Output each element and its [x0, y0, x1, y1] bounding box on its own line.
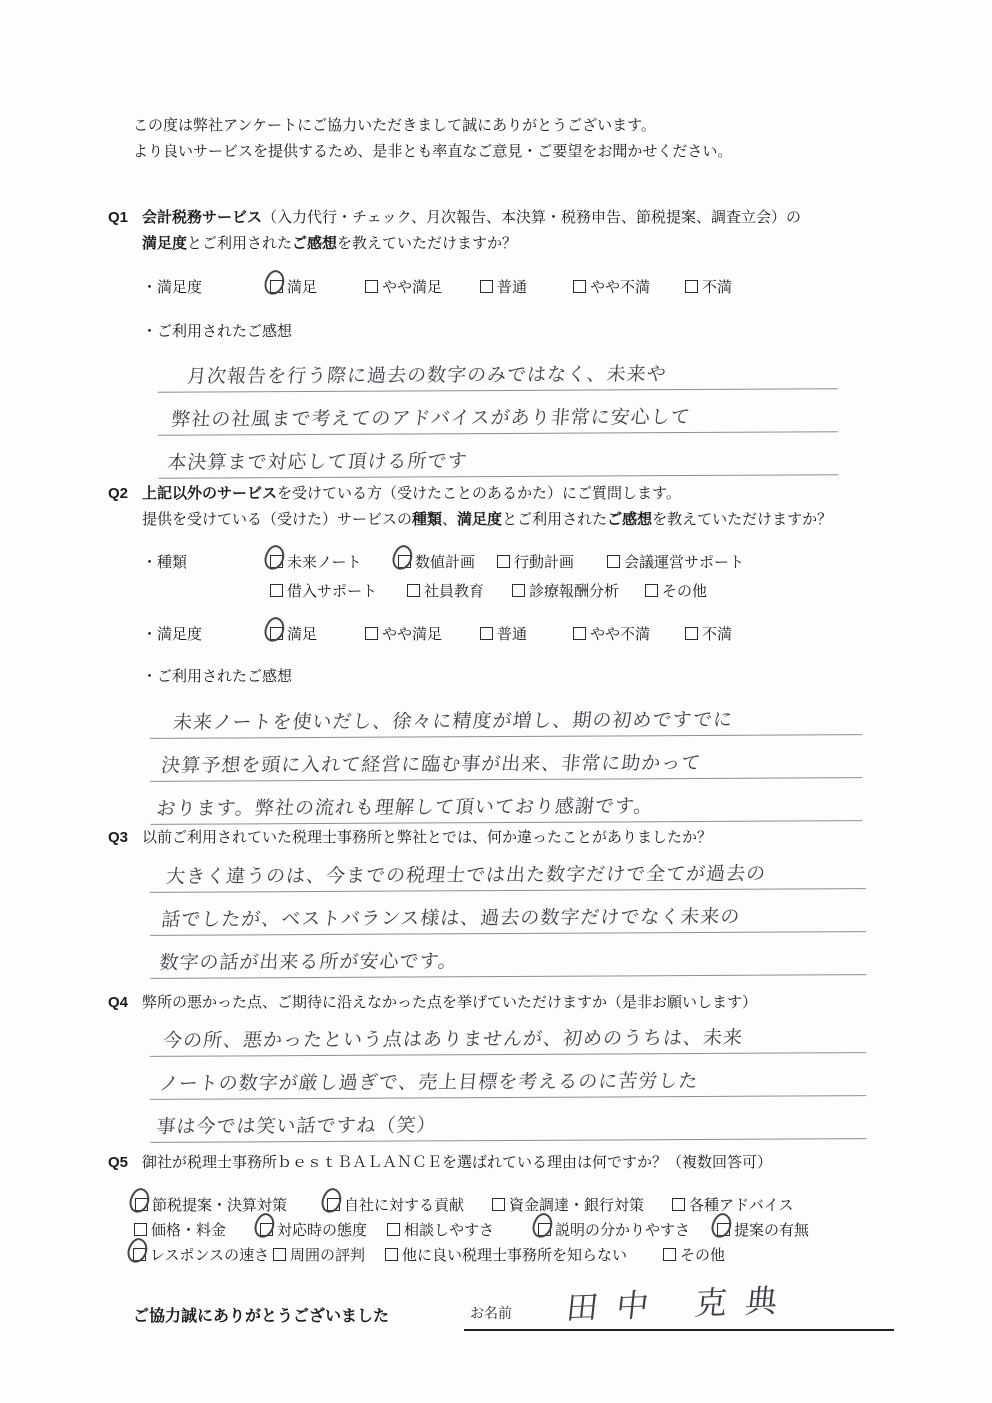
option-label: 資金調達・銀行対策 [509, 1194, 644, 1215]
q1-answer-area: 月次報告を行う際に過去の数字のみではなく、未来や 弊社の社風まで考えてのアドバイ… [158, 346, 839, 479]
q3-title: Q3以前ご利用されていた税理士事務所と弊社とでは、何か違ったことがありましたか？ [108, 826, 712, 847]
q4-title: Q4弊所の悪かった点、ご期待に沿えなかった点を挙げていただけますか（是非お願いし… [108, 991, 757, 1012]
q2-title2-bold3: ご感想 [607, 511, 652, 528]
handwritten-answer-line: 事は今では笑い話ですね（笑） [155, 1110, 438, 1138]
checkbox-icon [398, 555, 411, 568]
q2-title-rest: を受けている方（受けたことのあるかた）にご質問します。 [277, 485, 681, 502]
q2-title2-rest1: 提供を受けている（受けた）サービスの [142, 511, 412, 528]
option-label: 対応時の態度 [277, 1219, 367, 1240]
checkbox-icon [385, 1248, 398, 1261]
handwritten-answer-line: 数字の話が出来る所が安心です。 [158, 946, 459, 975]
q1-option-futsuu: 普通 [480, 276, 527, 297]
q5-option-setsuzei-teian: 節税提案・決算対策 [135, 1194, 287, 1215]
q1-title-bold: 会計税務サービス [142, 209, 262, 226]
q1-title2-bold1: 満足度 [142, 235, 187, 252]
q5-option-hoka-shiranai: 他に良い税理士事務所を知らない [385, 1244, 627, 1265]
checkbox-icon [270, 280, 283, 293]
handwritten-answer-line: 決算予想を頭に入れて経営に臨む事が出来、非常に助かって [160, 748, 703, 778]
q1-satisfaction-label: ・満足度 [142, 276, 202, 297]
checkbox-icon [260, 1223, 273, 1236]
option-label: 他に良い税理士事務所を知らない [402, 1244, 627, 1265]
option-label: 価格・料金 [151, 1219, 226, 1240]
q4-answer-area: 今の所、悪かったという点はありませんが、初めのうちは、未来 ノートの数字が厳し過… [150, 1010, 867, 1143]
q2-title2-bold2: 満足度 [457, 511, 502, 528]
q2-title2-rest4: を教えていただけますか？ [652, 511, 832, 528]
q3-title-text: 以前ご利用されていた税理士事務所と弊社とでは、何か違ったことがありましたか？ [142, 829, 712, 846]
q2-type-kaigi-support: 会議運営サポート [607, 551, 744, 572]
q2-option-futsuu: 普通 [480, 623, 527, 644]
checkbox-icon [538, 1223, 551, 1236]
q2-option-manzoku: 満足 [270, 623, 317, 644]
q2-option-yaya-fuman: やや不満 [573, 623, 650, 644]
option-label: やや満足 [382, 276, 442, 297]
q1-title2-rest2: を教えていただけますか？ [337, 235, 517, 252]
checkbox-icon [133, 1248, 146, 1261]
option-label: 相談しやすさ [404, 1219, 494, 1240]
option-label: その他 [662, 580, 707, 601]
checkbox-icon [273, 1248, 286, 1261]
handwritten-name: 田中 克典 [564, 1275, 798, 1329]
checkbox-icon [387, 1223, 400, 1236]
q2-option-yaya-manzoku: やや満足 [365, 623, 442, 644]
q2-type-shinryou-bunseki: 診療報酬分析 [512, 580, 619, 601]
checkbox-icon [717, 1223, 730, 1236]
handwritten-answer-line: 本決算まで対応して頂ける所です [166, 446, 469, 475]
checkbox-icon [685, 627, 698, 640]
name-field: お名前 田中 克典 [464, 1281, 894, 1331]
q5-option-kakaku-ryoukin: 価格・料金 [134, 1219, 226, 1240]
checkbox-icon [573, 280, 586, 293]
q2-title-line1: Q2上記以外のサービスを受けている方（受けたことのあるかた）にご質問します。 [108, 482, 681, 503]
q1-number: Q1 [108, 209, 142, 226]
footer-thanks-text: ご協力誠にありがとうございました [133, 1303, 389, 1326]
q1-option-yaya-fuman: やや不満 [573, 276, 650, 297]
checkbox-icon [134, 1223, 147, 1236]
handwritten-answer-line: 弊社の社風まで考えてのアドバイスがあり非常に安心して [170, 402, 692, 432]
checkbox-icon [480, 280, 493, 293]
q1-option-fuman: 不満 [685, 276, 732, 297]
q2-answer-area: 未来ノートを使いだし、徐々に精度が増し、期の初めですでに 決算予想を頭に入れて経… [150, 692, 863, 825]
q5-title: Q5御社が税理士事務所ｂｅｓｔＢＡＬＡＮＣＥを選ばれている理由は何ですか？（複数… [108, 1151, 772, 1172]
q2-title-bold: 上記以外のサービス [142, 485, 277, 502]
q2-type-mirai-note: 未来ノート [270, 551, 362, 572]
checkbox-icon [327, 1198, 340, 1211]
option-label: 普通 [497, 276, 527, 297]
option-label: 普通 [497, 623, 527, 644]
q2-type-koudou-keikaku: 行動計画 [497, 551, 574, 572]
option-label: やや満足 [382, 623, 442, 644]
option-label: やや不満 [590, 623, 650, 644]
q3-answer-area: 大きく違うのは、今までの税理士では出た数字だけで全てが過去の 話でしたが、ベスト… [150, 846, 867, 979]
option-label: 節税提案・決算対策 [152, 1194, 287, 1215]
q1-option-manzoku: 満足 [270, 276, 317, 297]
handwritten-answer-line: 月次報告を行う際に過去の数字のみではなく、未来や [186, 359, 668, 389]
q2-title-line2: 提供を受けている（受けた）サービスの種類、満足度とご利用されたご感想を教えていた… [142, 508, 832, 529]
option-label: その他 [680, 1244, 725, 1265]
header-greeting-line2: より良いサービスを提供するため、是非とも率直なご意見・ご要望をお聞かせください。 [133, 140, 732, 161]
checkbox-icon [492, 1198, 505, 1211]
answer-rule-line: おります。弊社の流れも理解して頂いており感謝です。 [150, 778, 862, 825]
option-label: 説明の分かりやすさ [555, 1219, 690, 1240]
option-label: 満足 [287, 276, 317, 297]
checkbox-icon [365, 280, 378, 293]
q5-option-jisha-kouken: 自社に対する貢献 [327, 1194, 464, 1215]
header-greeting-line1: この度は弊社アンケートにご協力いただきまして誠にありがとうございます。 [133, 114, 656, 135]
q5-option-taiou-taido: 対応時の態度 [260, 1219, 367, 1240]
scanned-survey-page: この度は弊社アンケートにご協力いただきまして誠にありがとうございます。 より良い… [0, 0, 992, 1403]
q5-number: Q5 [108, 1154, 142, 1171]
option-label: 満足 [287, 623, 317, 644]
name-field-label: お名前 [470, 1303, 512, 1323]
option-label: 自社に対する貢献 [344, 1194, 464, 1215]
answer-rule-line: 本決算まで対応して頂ける所です [158, 432, 838, 479]
handwritten-answer-line: 今の所、悪かったという点はありませんが、初めのうちは、未来 [162, 1023, 745, 1053]
checkbox-icon [672, 1198, 685, 1211]
q2-type-kariire-support: 借入サポート [270, 580, 377, 601]
q1-title2-bold2: ご感想 [292, 235, 337, 252]
q1-title2-rest1: とご利用された [187, 235, 292, 252]
option-label: 各種アドバイス [689, 1194, 794, 1215]
q5-option-shuui-hyouban: 周囲の評判 [273, 1244, 365, 1265]
q2-type-label: ・種類 [142, 551, 187, 572]
answer-rule-line: 大きく違うのは、今までの税理士では出た数字だけで全てが過去の [150, 846, 866, 893]
checkbox-icon [135, 1198, 148, 1211]
q4-title-text: 弊所の悪かった点、ご期待に沿えなかった点を挙げていただけますか（是非お願いします… [142, 994, 757, 1011]
q2-title2-bold1: 種類 [412, 511, 442, 528]
option-label: やや不満 [590, 276, 650, 297]
checkbox-icon [270, 555, 283, 568]
option-label: 未来ノート [287, 551, 362, 572]
q5-title-text: 御社が税理士事務所ｂｅｓｔＢＡＬＡＮＣＥを選ばれている理由は何ですか？（複数回答… [142, 1154, 772, 1171]
option-label: 借入サポート [287, 580, 377, 601]
q2-type-shain-kyouiku: 社員教育 [407, 580, 484, 601]
q5-option-setsumei-wakariyasusa: 説明の分かりやすさ [538, 1219, 690, 1240]
q2-option-fuman: 不満 [685, 623, 732, 644]
answer-rule-line: 事は今では笑い話ですね（笑） [150, 1096, 866, 1143]
option-label: 行動計画 [514, 551, 574, 572]
checkbox-icon [685, 280, 698, 293]
answer-rule-line: 未来ノートを使いだし、徐々に精度が増し、期の初めですでに [150, 692, 862, 739]
q1-option-yaya-manzoku: やや満足 [365, 276, 442, 297]
q5-option-shikin-choutatsu: 資金調達・銀行対策 [492, 1194, 644, 1215]
option-label: 社員教育 [424, 580, 484, 601]
answer-rule-line: 今の所、悪かったという点はありませんが、初めのうちは、未来 [150, 1010, 866, 1057]
answer-rule-line: ノートの数字が厳し過ぎで、売上目標を考えるのに苦労した [150, 1053, 866, 1100]
q4-number: Q4 [108, 994, 142, 1011]
handwritten-answer-line: 話でしたが、ベストバランス様は、過去の数字だけでなく未来の [160, 902, 742, 932]
q1-title-line2: 満足度とご利用されたご感想を教えていただけますか？ [142, 232, 517, 253]
q5-option-teian-umu: 提案の有無 [717, 1219, 809, 1240]
q5-option-kakushu-advice: 各種アドバイス [672, 1194, 794, 1215]
checkbox-icon [512, 584, 525, 597]
q2-impression-label: ・ご利用されたご感想 [142, 665, 292, 686]
q2-title2-rest2: 、 [442, 511, 457, 528]
option-label: 周囲の評判 [290, 1244, 365, 1265]
q2-title2-rest3: とご利用された [502, 511, 607, 528]
checkbox-icon [270, 584, 283, 597]
answer-rule-line: 弊社の社風まで考えてのアドバイスがあり非常に安心して [158, 389, 838, 436]
checkbox-icon [480, 627, 493, 640]
q5-option-soudan-shiyasusa: 相談しやすさ [387, 1219, 494, 1240]
checkbox-icon [663, 1248, 676, 1261]
option-label: 提案の有無 [734, 1219, 809, 1240]
q2-type-suuchi-keikaku: 数値計画 [398, 551, 475, 572]
q5-option-sonota: その他 [663, 1244, 725, 1265]
answer-rule-line: 月次報告を行う際に過去の数字のみではなく、未来や [158, 346, 838, 393]
handwritten-answer-line: 大きく違うのは、今までの税理士では出た数字だけで全てが過去の [165, 859, 768, 889]
checkbox-icon [407, 584, 420, 597]
option-label: 不満 [702, 276, 732, 297]
checkbox-icon [497, 555, 510, 568]
answer-rule-line: 話でしたが、ベストバランス様は、過去の数字だけでなく未来の [150, 889, 866, 936]
q2-type-sonota: その他 [645, 580, 707, 601]
option-label: 数値計画 [415, 551, 475, 572]
q5-option-response-hayasa: レスポンスの速さ [133, 1244, 269, 1265]
checkbox-icon [365, 627, 378, 640]
option-label: 診療報酬分析 [529, 580, 619, 601]
checkbox-icon [645, 584, 658, 597]
q1-title-rest: （入力代行・チェック、月次報告、本決算・税務申告、節税提案、調査立会）の [262, 209, 801, 226]
answer-rule-line: 決算予想を頭に入れて経営に臨む事が出来、非常に助かって [150, 735, 862, 782]
option-label: レスポンスの速さ [150, 1244, 269, 1265]
handwritten-answer-line: 未来ノートを使いだし、徐々に精度が増し、期の初めですでに [172, 705, 735, 735]
q3-number: Q3 [108, 829, 142, 846]
q2-satisfaction-label: ・満足度 [142, 623, 202, 644]
checkbox-icon [607, 555, 620, 568]
checkbox-icon [270, 627, 283, 640]
q2-number: Q2 [108, 485, 142, 502]
handwritten-answer-line: おります。弊社の流れも理解して頂いており感謝です。 [155, 791, 655, 821]
option-label: 会議運営サポート [624, 551, 744, 572]
checkbox-icon [573, 627, 586, 640]
q1-title-line1: Q1会計税務サービス（入力代行・チェック、月次報告、本決算・税務申告、節税提案、… [108, 206, 801, 227]
handwritten-answer-line: ノートの数字が厳し過ぎで、売上目標を考えるのに苦労した [158, 1066, 700, 1096]
answer-rule-line: 数字の話が出来る所が安心です。 [150, 932, 866, 979]
option-label: 不満 [702, 623, 732, 644]
q1-impression-label: ・ご利用されたご感想 [142, 320, 292, 341]
